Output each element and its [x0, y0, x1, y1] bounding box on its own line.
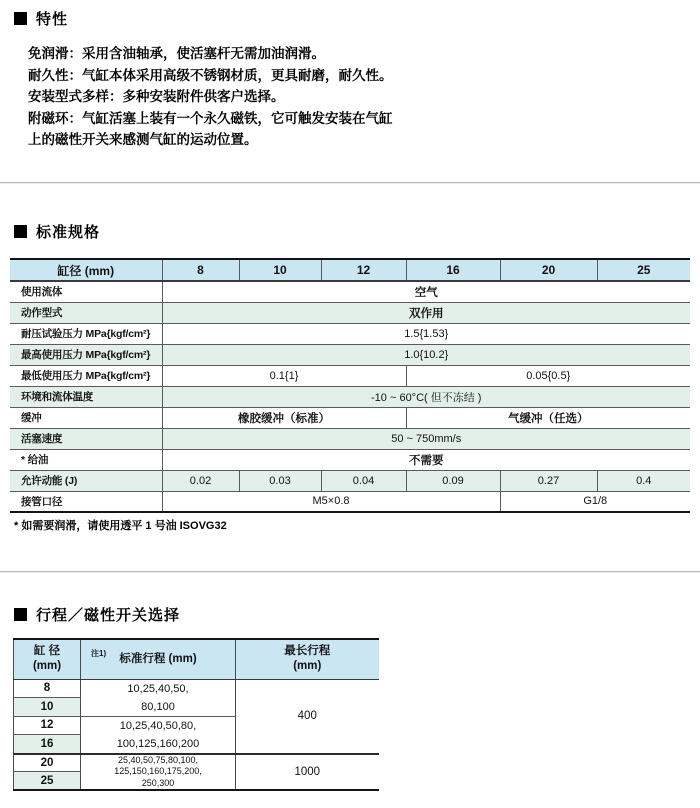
- spec-row-piston-speed: 活塞速度 50 ~ 750mm/s: [10, 428, 690, 449]
- spec-row-value: 0.27: [500, 470, 597, 491]
- spec-row-value: 0.02: [162, 470, 239, 491]
- feature-line: 附磁环：气缸活塞上装有一个永久磁铁，它可触发安装在气缸: [28, 108, 393, 130]
- features-title-text: 特性: [36, 8, 68, 29]
- spec-row-kinetic-energy: 允许动能 (J) 0.02 0.03 0.04 0.09 0.27 0.4: [10, 470, 690, 491]
- spec-row-port-size: 接管口径 M5×0.8 G1/8: [10, 491, 690, 512]
- spec-header-row: 缸径 (mm) 8 10 12 16 20 25: [10, 259, 690, 281]
- stroke-header-bore-text: 缸 径: [14, 644, 80, 659]
- spec-row-proof-pressure: 耐压试验压力 MPa{kgf/cm²} 1.5{1.53}: [10, 323, 690, 344]
- spec-row-value: 双作用: [162, 302, 690, 323]
- bore-cell: 20: [14, 754, 81, 772]
- spec-row-label: 缓冲: [10, 407, 162, 428]
- spec-row-fluid: 使用流体 空气: [10, 281, 690, 302]
- stroke-line: 10,25,40,50,: [81, 680, 235, 698]
- stroke-line: 10,25,40,50,80,: [81, 717, 235, 735]
- stroke-title-text: 行程／磁性开关选择: [36, 604, 180, 625]
- stroke-line: 100,125,160,200: [81, 735, 235, 753]
- section-divider: [0, 182, 700, 184]
- features-paragraph: 免润滑：采用含油轴承，使活塞杆无需加油润滑。 耐久性：气缸本体采用高级不锈钢材质…: [28, 43, 393, 151]
- spec-row-value: 1.5{1.53}: [162, 323, 690, 344]
- spec-row-value-large-bores: G1/8: [500, 491, 690, 512]
- spec-row-label: 使用流体: [10, 281, 162, 302]
- section-bullet-icon: [14, 12, 27, 25]
- spec-row-value: 0.09: [406, 470, 500, 491]
- section-bullet-icon: [14, 608, 27, 621]
- spec-row-value: -10 ~ 60°C( 但不冻结 ): [162, 386, 690, 407]
- spec-row-label: 最低使用压力 MPa{kgf/cm²}: [10, 365, 162, 386]
- spec-header-size: 25: [597, 259, 690, 281]
- spec-row-min-pressure: 最低使用压力 MPa{kgf/cm²} 0.1{1} 0.05{0.5}: [10, 365, 690, 386]
- stroke-header-row: 缸 径 (mm) 注1) 标准行程 (mm) 最长行程 (mm): [14, 639, 379, 679]
- spec-table: 缸径 (mm) 8 10 12 16 20 25 使用流体 空气 动作型式 双作…: [10, 258, 690, 513]
- stroke-header-note-ref: 注1): [91, 646, 106, 661]
- stroke-line: 125,150,160,175,200,: [81, 766, 235, 778]
- feature-line: 免润滑：采用含油轴承，使活塞杆无需加油润滑。: [28, 43, 393, 65]
- spec-row-value-small-bores: 0.1{1}: [162, 365, 406, 386]
- feature-line: 安装型式多样：多种安装附件供客户选择。: [28, 86, 393, 108]
- stroke-header-bore: 缸 径 (mm): [14, 639, 81, 679]
- stroke-values-group-1: 10,25,40,50, 80,100: [81, 679, 236, 716]
- feature-line: 耐久性：气缸本体采用高级不锈钢材质，更具耐磨，耐久性。: [28, 65, 393, 87]
- stroke-header-max-text: 最长行程: [236, 644, 379, 659]
- stroke-header-max-unit: (mm): [236, 659, 379, 674]
- spec-header-size: 8: [162, 259, 239, 281]
- spec-row-value: 1.0{10.2}: [162, 344, 690, 365]
- spec-row-label: * 给油: [10, 449, 162, 470]
- stroke-line: 80,100: [81, 698, 235, 716]
- spec-row-label: 环境和流体温度: [10, 386, 162, 407]
- spec-row-value-large-bores: 气缓冲（任选）: [406, 407, 690, 428]
- spec-row-value: 空气: [162, 281, 690, 302]
- section-bullet-icon: [14, 225, 27, 238]
- specs-title-text: 标准规格: [36, 221, 100, 242]
- spec-header-size: 16: [406, 259, 500, 281]
- spec-row-value: 不需要: [162, 449, 690, 470]
- stroke-line: 25,40,50,75,80,100,: [81, 755, 235, 767]
- spec-header-size: 20: [500, 259, 597, 281]
- spec-row-label: 耐压试验压力 MPa{kgf/cm²}: [10, 323, 162, 344]
- stroke-values-group-3: 25,40,50,75,80,100, 125,150,160,175,200,…: [81, 754, 236, 791]
- spec-row-max-pressure: 最高使用压力 MPa{kgf/cm²} 1.0{10.2}: [10, 344, 690, 365]
- features-section-title: 特性: [14, 8, 68, 29]
- max-stroke-small-bores: 400: [236, 679, 379, 754]
- spec-row-value: 0.04: [321, 470, 406, 491]
- datasheet-page: 特性 免润滑：采用含油轴承，使活塞杆无需加油润滑。 耐久性：气缸本体采用高级不锈…: [0, 0, 700, 808]
- stroke-header-max: 最长行程 (mm): [236, 639, 379, 679]
- spec-row-value: 50 ~ 750mm/s: [162, 428, 690, 449]
- spec-row-value-small-bores: 橡胶缓冲（标准）: [162, 407, 406, 428]
- stroke-row-bore-20: 20 25,40,50,75,80,100, 125,150,160,175,2…: [14, 754, 379, 772]
- bore-cell: 8: [14, 679, 81, 698]
- spec-header-bore-label: 缸径 (mm): [10, 259, 162, 281]
- stroke-line: 250,300: [81, 778, 235, 790]
- spec-row-value-large-bores: 0.05{0.5}: [406, 365, 690, 386]
- spec-footnote: * 如需要润滑，请使用透平 1 号油 ISOVG32: [14, 517, 227, 533]
- spec-row-temperature: 环境和流体温度 -10 ~ 60°C( 但不冻结 ): [10, 386, 690, 407]
- stroke-row-bore-8: 8 10,25,40,50, 80,100 400: [14, 679, 379, 698]
- spec-row-value: 0.4: [597, 470, 690, 491]
- bore-cell: 12: [14, 716, 81, 735]
- spec-row-label: 动作型式: [10, 302, 162, 323]
- bore-cell: 10: [14, 698, 81, 717]
- bore-cell: 25: [14, 772, 81, 790]
- spec-row-label: 活塞速度: [10, 428, 162, 449]
- stroke-section-title: 行程／磁性开关选择: [14, 604, 180, 625]
- spec-row-label: 最高使用压力 MPa{kgf/cm²}: [10, 344, 162, 365]
- specs-section-title: 标准规格: [14, 221, 100, 242]
- spec-row-action: 动作型式 双作用: [10, 302, 690, 323]
- spec-header-size: 10: [239, 259, 321, 281]
- spec-row-label: 接管口径: [10, 491, 162, 512]
- spec-header-size: 12: [321, 259, 406, 281]
- stroke-values-group-2: 10,25,40,50,80, 100,125,160,200: [81, 716, 236, 754]
- spec-row-value-small-bores: M5×0.8: [162, 491, 500, 512]
- spec-row-lubrication: * 给油 不需要: [10, 449, 690, 470]
- stroke-table: 缸 径 (mm) 注1) 标准行程 (mm) 最长行程 (mm) 8 10,25…: [13, 638, 379, 791]
- section-divider: [0, 571, 700, 573]
- bore-cell: 16: [14, 735, 81, 754]
- feature-line: 上的磁性开关来感测气缸的运动位置。: [28, 129, 393, 151]
- spec-row-cushion: 缓冲 橡胶缓冲（标准） 气缓冲（任选）: [10, 407, 690, 428]
- stroke-header-standard: 注1) 标准行程 (mm): [81, 639, 236, 679]
- stroke-header-bore-unit: (mm): [14, 659, 80, 674]
- spec-row-label: 允许动能 (J): [10, 470, 162, 491]
- spec-row-value: 0.03: [239, 470, 321, 491]
- max-stroke-large-bores: 1000: [236, 754, 379, 791]
